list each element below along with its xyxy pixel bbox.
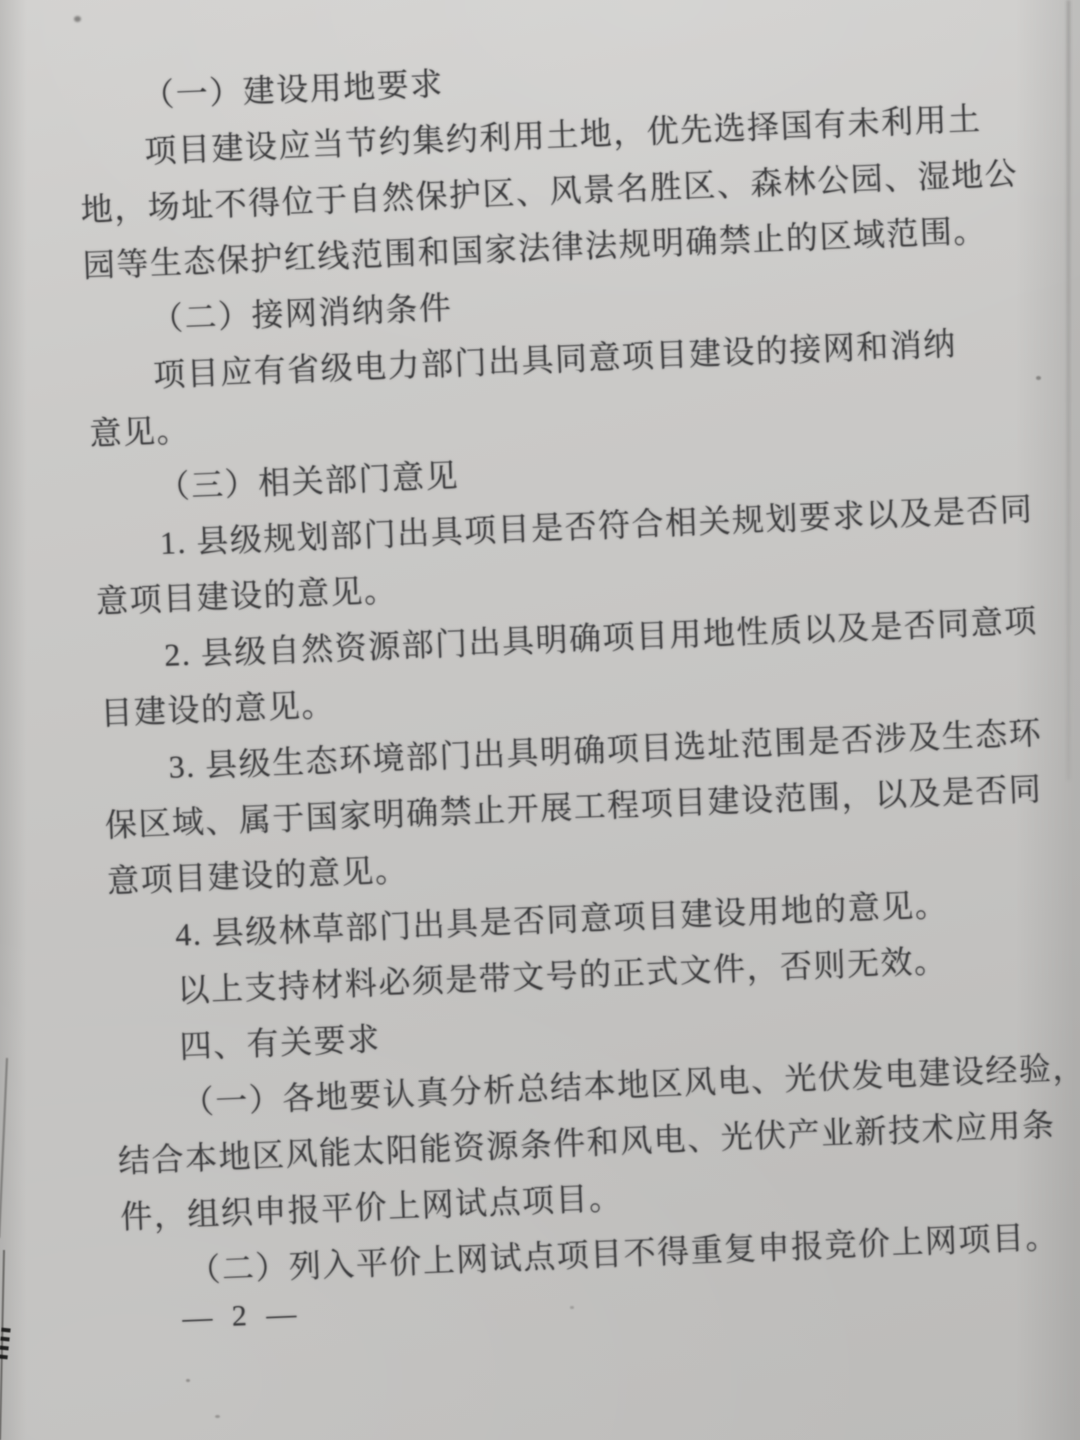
ink-speck bbox=[186, 1379, 190, 1382]
binding-scratch bbox=[0, 1250, 5, 1440]
scanned-document-page: （一）建设用地要求项目建设应当节约集约利用土地，优先选择国有未利用土地，场址不得… bbox=[0, 0, 1080, 1440]
document-body: （一）建设用地要求项目建设应当节约集约利用土地，优先选择国有未利用土地，场址不得… bbox=[75, 33, 1011, 1299]
ink-speck bbox=[215, 1415, 220, 1418]
binding-mark bbox=[0, 1328, 11, 1361]
binding-scratch bbox=[0, 1058, 8, 1238]
paper-edge-shadow bbox=[1067, 0, 1070, 780]
document-text-block: （一）建设用地要求项目建设应当节约集约利用土地，优先选择国有未利用土地，场址不得… bbox=[75, 33, 1013, 1349]
ink-speck bbox=[1036, 376, 1041, 380]
ink-speck bbox=[74, 16, 81, 22]
